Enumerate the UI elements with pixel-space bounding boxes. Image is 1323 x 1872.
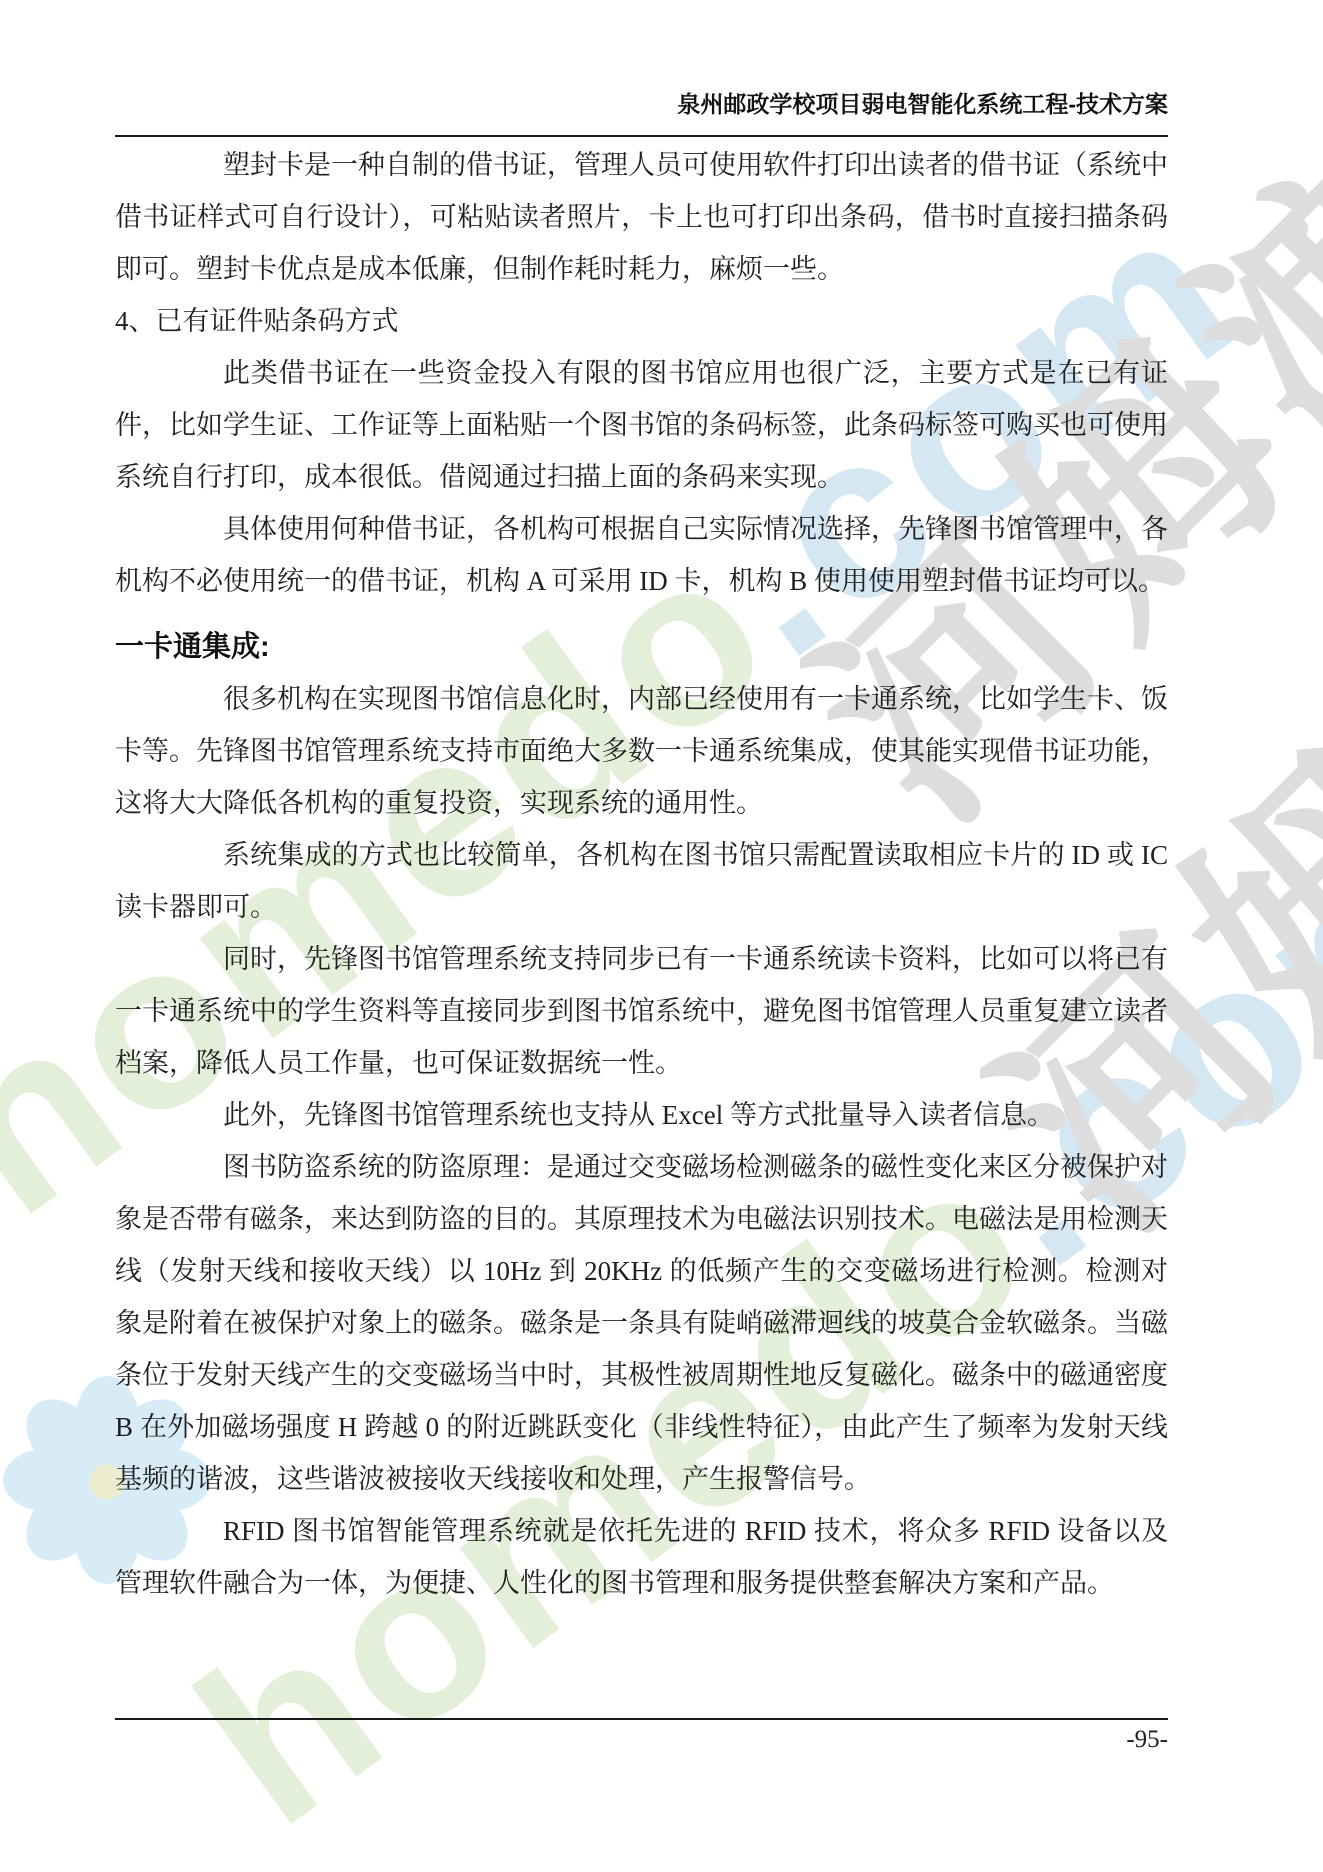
text-layer: 泉州邮政学校项目弱电智能化系统工程-技术方案 塑封卡是一种自制的借书证，管理人员… [0,0,1323,1872]
paragraph: 很多机构在实现图书馆信息化时，内部已经使用有一卡通系统，比如学生卡、饭卡等。先锋… [115,673,1168,829]
document-body: 塑封卡是一种自制的借书证，管理人员可使用软件打印出读者的借书证（系统中借书证样式… [115,139,1168,1609]
paragraph: 此类借书证在一些资金投入有限的图书馆应用也很广泛，主要方式是在已有证件，比如学生… [115,347,1168,503]
section-heading: 一卡通集成: [115,621,1168,673]
header-rule [115,135,1168,137]
paragraph: 具体使用何种借书证，各机构可根据自己实际情况选择，先锋图书馆管理中，各机构不必使… [115,503,1168,607]
paragraph: 系统集成的方式也比较简单，各机构在图书馆只需配置读取相应卡片的 ID 或 IC … [115,829,1168,933]
paragraph: RFID 图书馆智能管理系统就是依托先进的 RFID 技术，将众多 RFID 设… [115,1505,1168,1609]
page-number: -95- [115,1726,1168,1754]
paragraph: 此外，先锋图书馆管理系统也支持从 Excel 等方式批量导入读者信息。 [115,1089,1168,1141]
paragraph: 塑封卡是一种自制的借书证，管理人员可使用软件打印出读者的借书证（系统中借书证样式… [115,139,1168,295]
paragraph: 同时，先锋图书馆管理系统支持同步已有一卡通系统读卡资料，比如可以将已有一卡通系统… [115,933,1168,1089]
header-title: 泉州邮政学校项目弱电智能化系统工程-技术方案 [115,86,1168,119]
list-item-label: 4、已有证件贴条码方式 [115,295,1168,347]
paragraph: 图书防盗系统的防盗原理：是通过交变磁场检测磁条的磁性变化来区分被保护对象是否带有… [115,1141,1168,1505]
footer-rule [115,1718,1168,1720]
document-page: homedo.com homedo.com 河姆渡 河姆渡 泉州邮政学校项目弱电… [0,0,1323,1872]
